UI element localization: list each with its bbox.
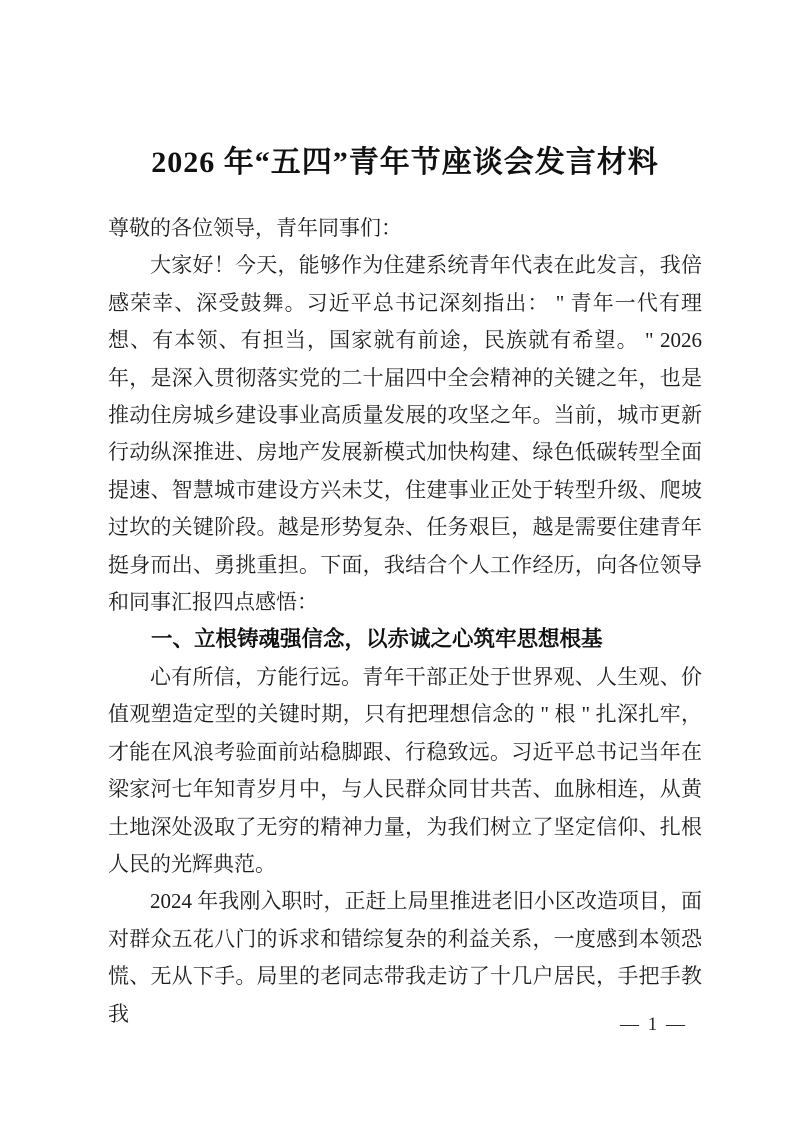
document-page: 2026 年“五四”青年节座谈会发言材料 尊敬的各位领导，青年同事们： 大家好！… <box>0 0 793 1122</box>
document-title: 2026 年“五四”青年节座谈会发言材料 <box>108 140 702 186</box>
paragraph: 大家好！今天，能够作为住建系统青年代表在此发言，我倍感荣幸、深受鼓舞。习近平总书… <box>108 247 702 621</box>
salutation-line: 尊敬的各位领导，青年同事们： <box>108 210 702 247</box>
paragraph: 2024 年我刚入职时，正赶上局里推进老旧小区改造项目，面对群众五花八门的诉求和… <box>108 883 702 1033</box>
page-number: — 1 — <box>620 1012 687 1038</box>
document-body: 2026 年“五四”青年节座谈会发言材料 尊敬的各位领导，青年同事们： 大家好！… <box>108 140 702 1033</box>
paragraph: 心有所信，方能行远。青年干部正处于世界观、人生观、价值观塑造定型的关键时期，只有… <box>108 659 702 883</box>
section-heading: 一、立根铸魂强信念，以赤诚之心筑牢思想根基 <box>108 621 702 658</box>
